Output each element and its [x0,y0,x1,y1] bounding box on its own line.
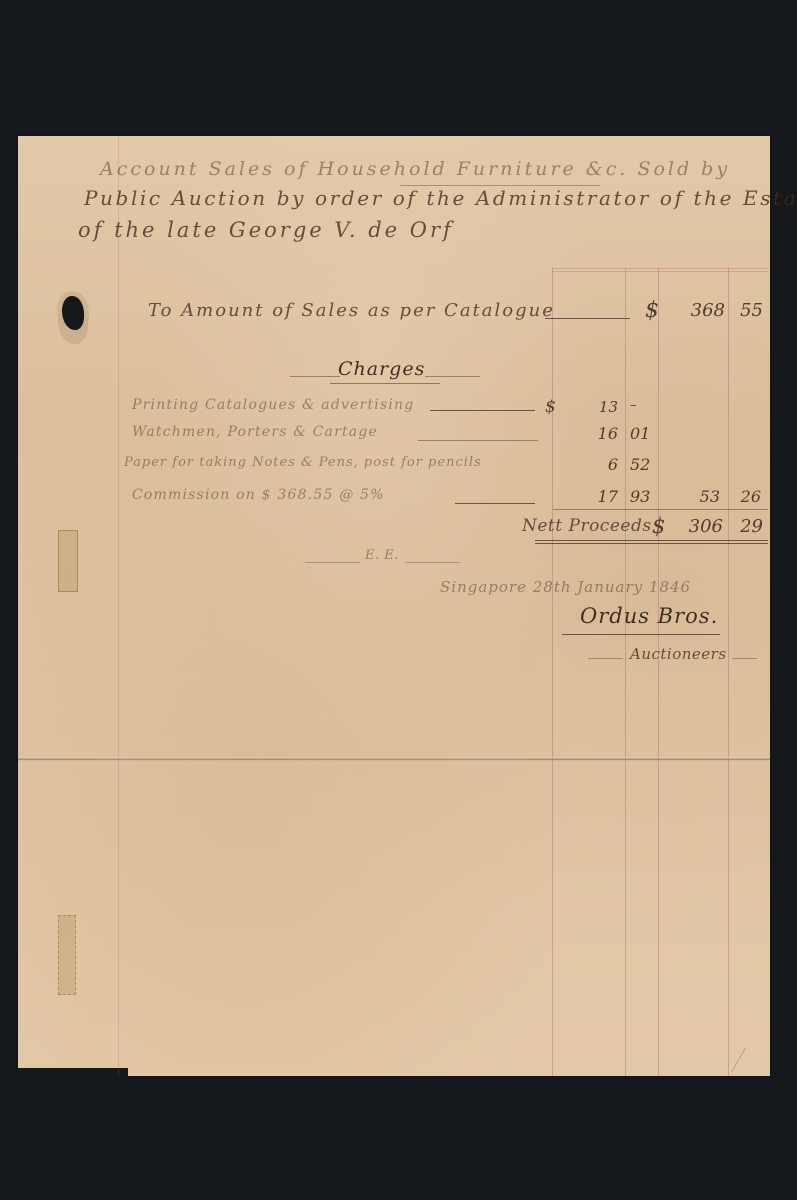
charge-label: Paper for taking Notes & Pens, post for … [124,455,482,470]
charge-currency: $ [545,397,556,417]
title-rule [732,658,757,659]
net-label: Nett Proceeds [522,516,652,536]
gross-label: To Amount of Sales as per Catalogue [148,300,555,321]
binding-stain [58,530,78,592]
charge-dollars: 6 [588,455,618,474]
torn-corner [18,1068,128,1078]
subtotal-rule [553,509,768,510]
title-rule [588,658,623,659]
charge-cents: 52 [630,455,654,474]
ruled-column-line [728,268,729,1076]
ruled-margin-line [118,136,119,1076]
charge-leader-line [418,440,538,441]
gross-currency: $ [645,298,659,323]
net-double-rule [535,543,768,544]
binding-stain [58,915,76,995]
charge-label: Commission on $ 368.55 @ 5% [132,487,385,503]
ruled-column-line [658,268,659,1076]
net-cents: 29 [735,516,763,537]
charges-heading: Charges [338,358,425,380]
signature: Ordus Bros. [580,604,718,628]
charge-cents: 01 [630,424,654,443]
paper-hole [62,296,84,330]
gross-cents: 55 [735,300,763,321]
place-date: Singapore 28th January 1846 [440,578,691,596]
heading-line-2: Public Auction by order of the Administr… [84,186,797,210]
charge-cents: – [630,398,650,413]
charge-dollars: 16 [588,424,618,443]
charge-dollars: 13 [588,398,618,416]
charge-dollars: 17 [588,487,618,506]
charges-rule-left [290,376,340,377]
errors-excepted: E. E. [365,548,399,563]
net-currency: $ [652,514,665,538]
ruled-column-line [552,268,553,1076]
charges-total-cents: 26 [735,487,761,506]
charges-total-dollars: 53 [680,487,720,506]
heading-line-3: of the late George V. de Orf [78,218,454,242]
signer-title: Auctioneers [630,645,727,663]
gross-leader-line [545,318,630,319]
charge-cents: 93 [630,487,654,506]
charges-underline [330,383,440,384]
charges-rule-right [425,376,480,377]
signature-underline [562,634,720,635]
errors-rule-right [405,562,460,563]
ruled-header-line [552,268,768,269]
fold-crease [18,757,770,761]
errors-rule-left [305,562,360,563]
scanned-document: Account Sales of Household Furniture &c.… [0,0,797,1200]
ruled-column-line [625,268,626,1076]
net-dollars: 306 [675,516,723,537]
ruled-header-line [552,271,768,272]
charge-label: Watchmen, Porters & Cartage [132,424,378,440]
charge-label: Printing Catalogues & advertising [132,397,414,413]
charge-leader-line [430,410,535,411]
gross-dollars: 368 [675,300,725,321]
charge-leader-line [455,503,535,504]
heading-line-1: Account Sales of Household Furniture &c.… [100,158,730,180]
net-double-rule [535,540,768,541]
